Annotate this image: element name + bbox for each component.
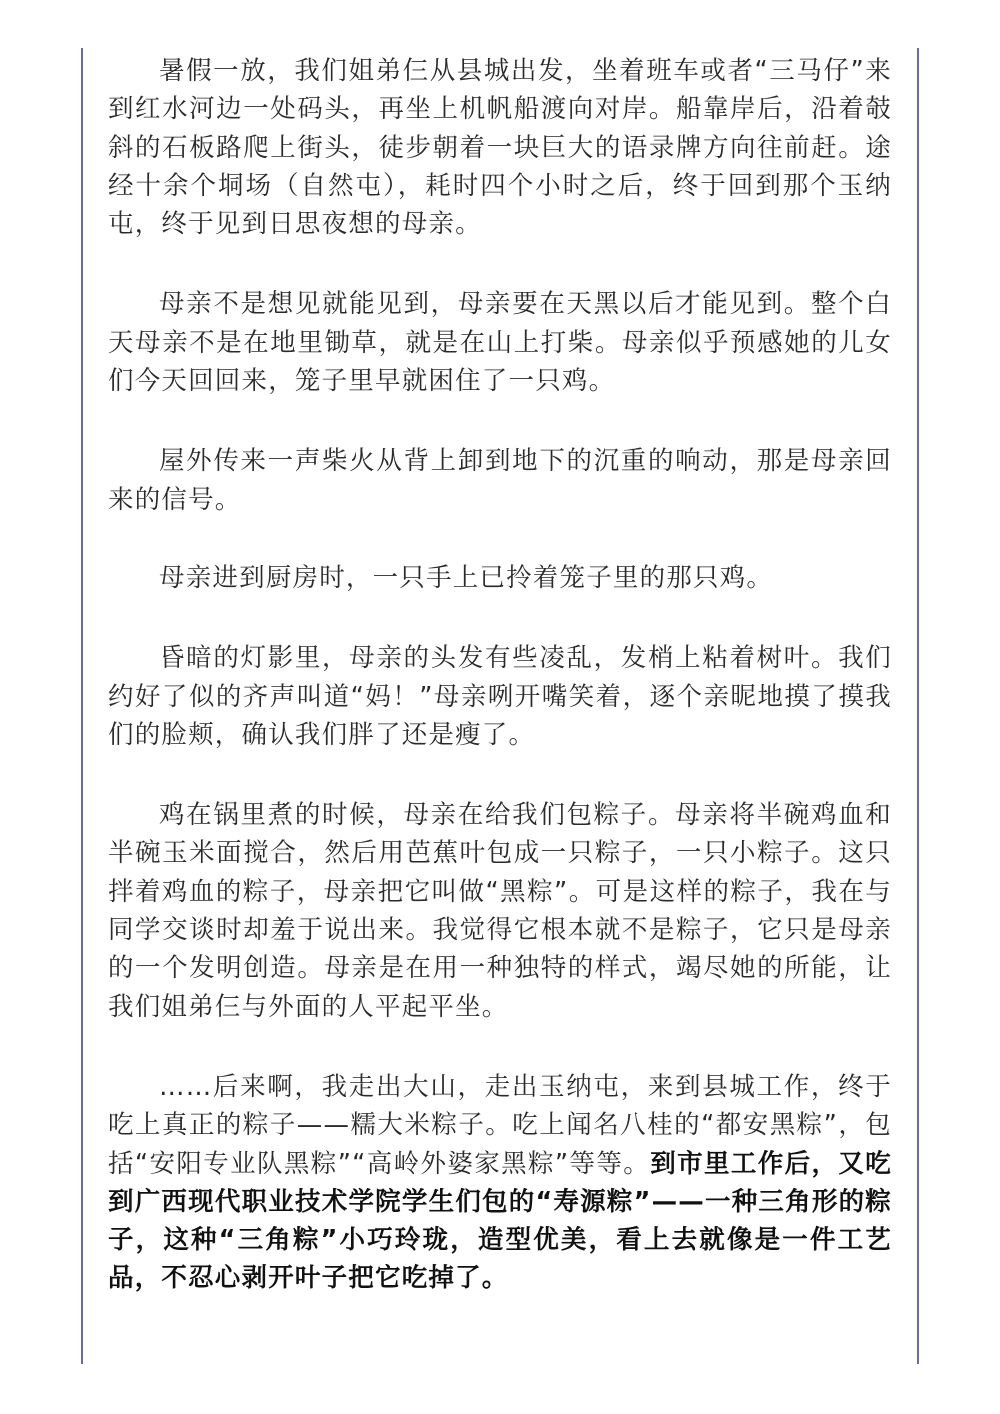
article-body: 暑假一放，我们姐弟仨从县城出发，坐着班车或者“三马仔”来到红水河边一处码头，再坐… — [108, 52, 892, 1340]
paragraph-7: ……后来啊，我走出大山，走出玉纳屯，来到县城工作，终于吃上真正的粽子——糯大米粽… — [108, 1068, 892, 1298]
paragraph-4: 母亲进到厨房时，一只手上已拎着笼子里的那只鸡。 — [108, 559, 892, 597]
paragraph-2: 母亲不是想见就能见到，母亲要在天黑以后才能见到。整个白天母亲不是在地里锄草，就是… — [108, 285, 892, 400]
paragraph-6: 鸡在锅里煮的时候，母亲在给我们包粽子。母亲将半碗鸡血和半碗玉米面搅合，然后用芭蕉… — [108, 796, 892, 1026]
right-margin-rule — [917, 48, 919, 1364]
paragraph-5: 昏暗的灯影里，母亲的头发有些凌乱，发梢上粘着树叶。我们约好了似的齐声叫道“妈！”… — [108, 639, 892, 754]
paragraph-3: 屋外传来一声柴火从背上卸到地下的沉重的响动，那是母亲回来的信号。 — [108, 442, 892, 519]
left-margin-rule — [81, 48, 83, 1364]
paragraph-1: 暑假一放，我们姐弟仨从县城出发，坐着班车或者“三马仔”来到红水河边一处码头，再坐… — [108, 52, 892, 243]
